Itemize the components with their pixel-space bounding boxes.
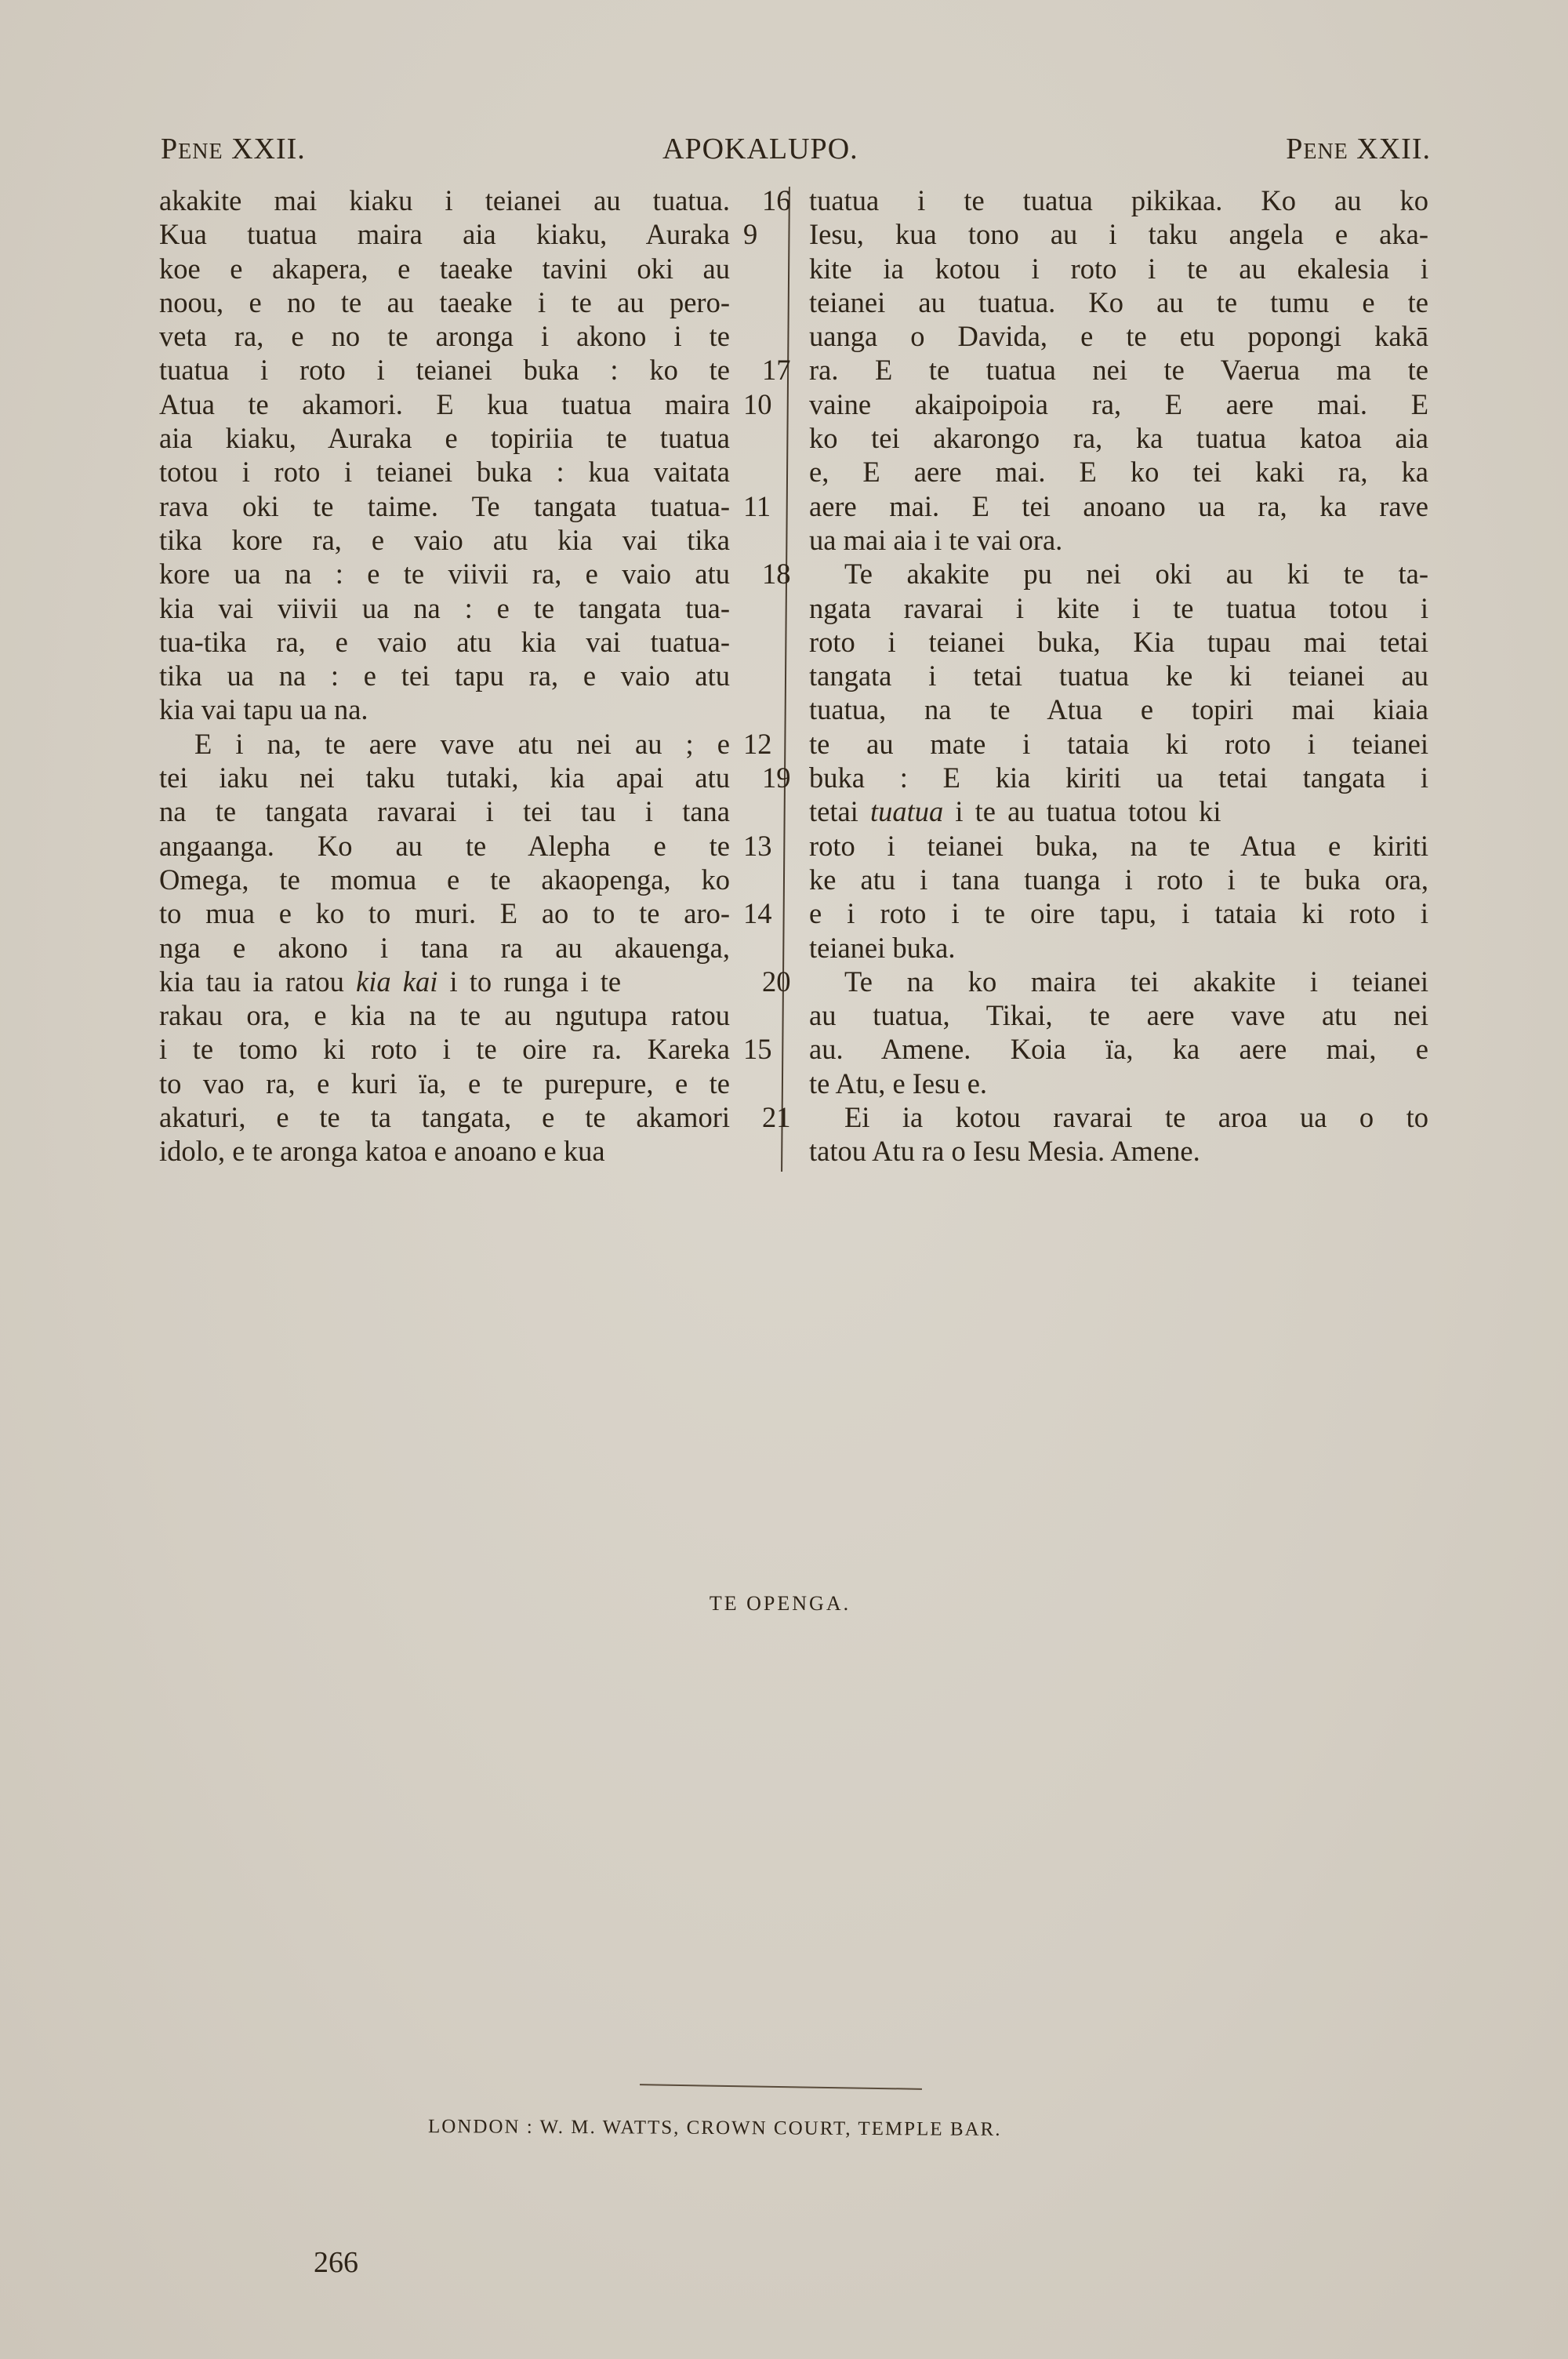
line-text: aia kiaku, Auraka e topiriia te tuatua [159, 421, 730, 455]
text-line: angaanga. Ko au te Alepha e te13 [159, 829, 731, 863]
line-text: Iesu, kua tono au i taku angela e aka- [809, 217, 1428, 251]
text-line: to vao ra, e kuri ïa, e te purepure, e t… [159, 1067, 731, 1100]
line-text: tatou Atu ra o Iesu Mesia. Amene. [809, 1134, 1428, 1168]
line-text: rakau ora, e kia na te au ngutupa ratou [159, 998, 730, 1032]
text-line: uanga o Davida, e te etu popongi kakā [809, 319, 1428, 353]
line-text: uanga o Davida, e te etu popongi kakā [809, 319, 1428, 353]
line-text: rava oki te taime. Te tangata tuatua- [159, 489, 730, 523]
line-text: tika kore ra, e vaio atu kia vai tika [159, 523, 730, 557]
text-line: tuatua i roto i teianei buka : ko te [159, 353, 731, 387]
line-text: au. Amene. Koia ïa, ka aere mai, e [809, 1032, 1428, 1066]
right-column: tuatua i te tuatua pikikaa. Ko au ko16Ie… [809, 184, 1428, 1169]
text-line: te Atu, e Iesu e. [809, 1067, 1428, 1100]
text-line: koe e akapera, e taeake tavini oki au [159, 252, 731, 285]
line-text: Kua tuatua maira aia kiaku, Auraka [159, 217, 730, 251]
text-line: roto i teianei buka, na te Atua e kiriti [809, 829, 1428, 863]
line-text: kore ua na : e te viivii ra, e vaio atu [159, 557, 730, 591]
line-text-segment: kia tau ia ratou [159, 965, 356, 998]
line-text: vaine akaipoipoia ra, E aere mai. E [809, 387, 1428, 421]
verse-number: 10 [743, 387, 772, 421]
line-text: tuatua i te tuatua pikikaa. Ko au ko [809, 184, 1428, 217]
line-text: ko tei akarongo ra, ka tuatua katoa aia [809, 421, 1428, 455]
line-text: totou i roto i teianei buka : kua vaitat… [159, 455, 730, 489]
line-text: Atua te akamori. E kua tuatua maira [159, 387, 730, 421]
line-text: akaturi, e te ta tangata, e te akamori [159, 1100, 730, 1134]
line-text: angaanga. Ko au te Alepha e te [159, 829, 730, 863]
line-text: teianei buka. [809, 931, 1428, 965]
line-text: tangata i tetai tuatua ke ki teianei au [809, 659, 1428, 692]
line-text: tei iaku nei taku tutaki, kia apai atu [159, 761, 730, 794]
page-number: 266 [314, 2245, 358, 2280]
column-divider [781, 187, 790, 1172]
line-text: kite ia kotou i roto i te au ekalesia i [809, 252, 1428, 285]
line-text: Te na ko maira tei akakite i teianei [809, 965, 1428, 998]
text-line: aere mai. E tei anoano ua ra, ka rave [809, 489, 1428, 523]
verse-number: 16 [762, 184, 791, 217]
line-text: nga e akono i tana ra au akauenga, [159, 931, 730, 965]
line-text: Ei ia kotou ravarai te aroa ua o to [809, 1100, 1428, 1134]
text-line: kore ua na : e te viivii ra, e vaio atu [159, 557, 731, 591]
line-text: roto i teianei buka, Kia tupau mai tetai [809, 625, 1428, 659]
text-line: tangata i tetai tuatua ke ki teianei au [809, 659, 1428, 692]
text-line: tuatua, na te Atua e topiri mai kiaia [809, 692, 1428, 726]
text-line: tika ua na : e tei tapu ra, e vaio atu [159, 659, 731, 692]
text-line: ke atu i tana tuanga i roto i te buka or… [809, 863, 1428, 896]
text-line: kia vai tapu ua na. [159, 692, 731, 726]
line-text: akakite mai kiaku i teianei au tuatua. [159, 184, 730, 217]
line-text: au tuatua, Tikai, te aere vave atu nei [809, 998, 1428, 1032]
verse-number: 11 [743, 489, 771, 523]
text-line: e i roto i te oire tapu, i tataia ki rot… [809, 896, 1428, 930]
text-line: i te tomo ki roto i te oire ra. Kareka15 [159, 1032, 731, 1066]
line-text: idolo, e te aronga katoa e anoano e kua [159, 1134, 730, 1168]
line-text: ke atu i tana tuanga i roto i te buka or… [809, 863, 1428, 896]
line-text: tuatua, na te Atua e topiri mai kiaia [809, 692, 1428, 726]
line-text: Omega, te momua e te akaopenga, ko [159, 863, 730, 896]
text-line: nga e akono i tana ra au akauenga, [159, 931, 731, 965]
text-line: au tuatua, Tikai, te aere vave atu nei [809, 998, 1428, 1032]
text-line: teianei buka. [809, 931, 1428, 965]
line-text: ngata ravarai i kite i te tuatua totou i [809, 591, 1428, 625]
text-line: kia vai viivii ua na : e te tangata tua- [159, 591, 731, 625]
text-line: to mua e ko to muri. E ao to te aro-14 [159, 896, 731, 930]
italic-text: tuatua [870, 795, 943, 827]
line-text: to mua e ko to muri. E ao to te aro- [159, 896, 730, 930]
line-text: E i na, te aere vave atu nei au ; e [159, 727, 730, 761]
text-line: noou, e no te au taeake i te au pero- [159, 285, 731, 319]
line-text: kia tau ia ratou kia kai i to runga i te [159, 965, 730, 998]
line-text-segment: i to runga i te [437, 965, 621, 998]
text-line: e, E aere mai. E ko tei kaki ra, ka [809, 455, 1428, 489]
verse-number: 12 [743, 727, 772, 761]
line-text-segment: tetai [809, 795, 870, 827]
text-line: idolo, e te aronga katoa e anoano e kua [159, 1134, 731, 1168]
line-text: ra. E te tuatua nei te Vaerua ma te [809, 353, 1428, 387]
text-line: ra. E te tuatua nei te Vaerua ma te17 [809, 353, 1428, 387]
verse-number: 20 [762, 965, 791, 998]
line-text: te Atu, e Iesu e. [809, 1067, 1428, 1100]
running-head-left: PENE XXII. [161, 132, 306, 166]
verse-number: 17 [762, 353, 791, 387]
text-line: te au mate i tataia ki roto i teianei [809, 727, 1428, 761]
text-line: aia kiaku, Auraka e topiriia te tuatua [159, 421, 731, 455]
verse-number: 21 [762, 1100, 791, 1134]
text-line: Te akakite pu nei oki au ki te ta-18 [809, 557, 1428, 591]
line-text: aere mai. E tei anoano ua ra, ka rave [809, 489, 1428, 523]
line-text: tuatua i roto i teianei buka : ko te [159, 353, 730, 387]
line-text: noou, e no te au taeake i te au pero- [159, 285, 730, 319]
section-title: TE OPENGA. [0, 1592, 1560, 1616]
running-head-right: PENE XXII. [1286, 132, 1431, 166]
line-text: kia vai viivii ua na : e te tangata tua- [159, 591, 730, 625]
verse-number: 15 [743, 1032, 772, 1066]
line-text: te au mate i tataia ki roto i teianei [809, 727, 1428, 761]
text-line: tatou Atu ra o Iesu Mesia. Amene. [809, 1134, 1428, 1168]
line-text: tetai tuatua i te au tuatua totou ki [809, 794, 1428, 828]
text-line: tetai tuatua i te au tuatua totou ki [809, 794, 1428, 828]
text-line: na te tangata ravarai i tei tau i tana [159, 794, 731, 828]
line-text: ua mai aia i te vai ora. [809, 523, 1428, 557]
text-line: teianei au tuatua. Ko au te tumu e te [809, 285, 1428, 319]
verse-number: 9 [743, 217, 757, 251]
horizontal-rule [640, 2084, 922, 2090]
line-text: i te tomo ki roto i te oire ra. Kareka [159, 1032, 730, 1066]
text-line: tika kore ra, e vaio atu kia vai tika [159, 523, 731, 557]
line-text: tua-tika ra, e vaio atu kia vai tuatua- [159, 625, 730, 659]
line-text: Te akakite pu nei oki au ki te ta- [809, 557, 1428, 591]
text-line: kia tau ia ratou kia kai i to runga i te [159, 965, 731, 998]
line-text: koe e akapera, e taeake tavini oki au [159, 252, 730, 285]
running-head: PENE XXII. APOKALUPO. PENE XXII. [161, 132, 1431, 171]
text-line: Omega, te momua e te akaopenga, ko [159, 863, 731, 896]
text-line: Kua tuatua maira aia kiaku, Auraka9 [159, 217, 731, 251]
text-line: Ei ia kotou ravarai te aroa ua o to21 [809, 1100, 1428, 1134]
text-line: buka : E kia kiriti ua tetai tangata i19 [809, 761, 1428, 794]
line-text: e i roto i te oire tapu, i tataia ki rot… [809, 896, 1428, 930]
line-text: veta ra, e no te aronga i akono i te [159, 319, 730, 353]
text-line: ko tei akarongo ra, ka tuatua katoa aia [809, 421, 1428, 455]
italic-text: kia kai [356, 965, 437, 998]
text-line: akaturi, e te ta tangata, e te akamori [159, 1100, 731, 1134]
text-line: kite ia kotou i roto i te au ekalesia i [809, 252, 1428, 285]
line-text: na te tangata ravarai i tei tau i tana [159, 794, 730, 828]
line-text: roto i teianei buka, na te Atua e kiriti [809, 829, 1428, 863]
text-line: ngata ravarai i kite i te tuatua totou i [809, 591, 1428, 625]
verse-number: 13 [743, 829, 772, 863]
text-line: totou i roto i teianei buka : kua vaitat… [159, 455, 731, 489]
line-text: buka : E kia kiriti ua tetai tangata i [809, 761, 1428, 794]
text-line: veta ra, e no te aronga i akono i te [159, 319, 731, 353]
line-text: kia vai tapu ua na. [159, 692, 730, 726]
text-line: tua-tika ra, e vaio atu kia vai tuatua- [159, 625, 731, 659]
text-line: Te na ko maira tei akakite i teianei20 [809, 965, 1428, 998]
text-line: vaine akaipoipoia ra, E aere mai. E [809, 387, 1428, 421]
text-line: rava oki te taime. Te tangata tuatua-11 [159, 489, 731, 523]
left-column: akakite mai kiaku i teianei au tuatua.Ku… [159, 184, 731, 1169]
text-line: tuatua i te tuatua pikikaa. Ko au ko16 [809, 184, 1428, 217]
line-text: teianei au tuatua. Ko au te tumu e te [809, 285, 1428, 319]
text-line: tei iaku nei taku tutaki, kia apai atu [159, 761, 731, 794]
text-line: E i na, te aere vave atu nei au ; e12 [159, 727, 731, 761]
text-line: akakite mai kiaku i teianei au tuatua. [159, 184, 731, 217]
printer-imprint: LONDON : W. M. WATTS, CROWN COURT, TEMPL… [428, 2116, 1002, 2141]
text-line: Iesu, kua tono au i taku angela e aka- [809, 217, 1428, 251]
text-line: ua mai aia i te vai ora. [809, 523, 1428, 557]
book-title: APOKALUPO. [662, 132, 858, 166]
text-line: Atua te akamori. E kua tuatua maira10 [159, 387, 731, 421]
text-line: au. Amene. Koia ïa, ka aere mai, e [809, 1032, 1428, 1066]
verse-number: 19 [762, 761, 791, 794]
line-text: tika ua na : e tei tapu ra, e vaio atu [159, 659, 730, 692]
line-text: e, E aere mai. E ko tei kaki ra, ka [809, 455, 1428, 489]
line-text-segment: i te au tuatua totou ki [943, 795, 1221, 827]
text-line: roto i teianei buka, Kia tupau mai tetai [809, 625, 1428, 659]
text-line: rakau ora, e kia na te au ngutupa ratou [159, 998, 731, 1032]
verse-number: 18 [762, 557, 791, 591]
line-text: to vao ra, e kuri ïa, e te purepure, e t… [159, 1067, 730, 1100]
verse-number: 14 [743, 896, 772, 930]
